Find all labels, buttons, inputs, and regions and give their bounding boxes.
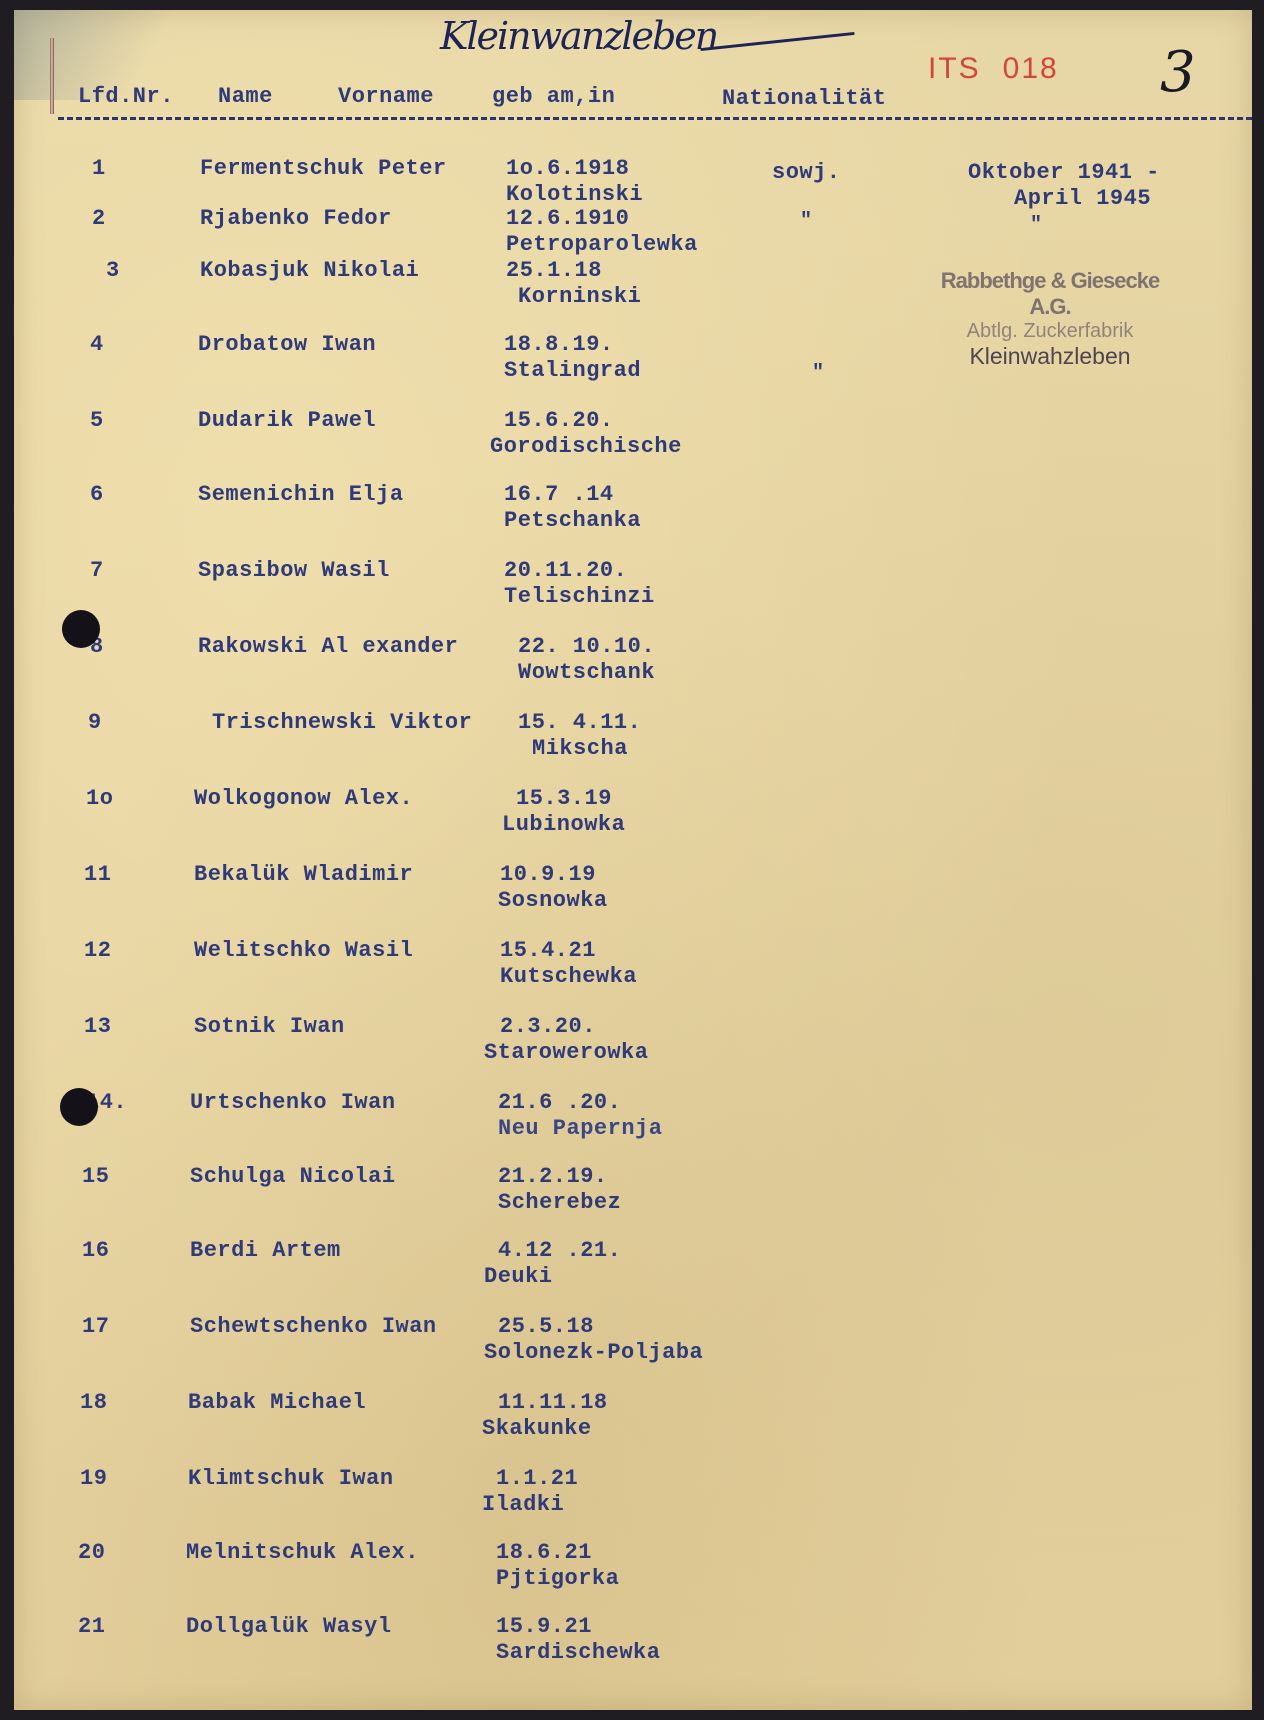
entry-birth-date: 22. 10.10.	[518, 634, 655, 659]
entry-birth-date: 25.1.18	[506, 258, 602, 283]
list-item: 16 Berdi Artem 4.12 .21. Deuki	[0, 1238, 1264, 1298]
list-item: 6 Semenichin Elja 16.7 .14 Petschanka	[0, 482, 1264, 542]
list-item: 5 Dudarik Pawel 15.6.20. Gorodischische	[0, 408, 1264, 468]
entry-birth-place: Skakunke	[482, 1416, 592, 1441]
entry-birth-place: Starowerowka	[484, 1040, 648, 1065]
entry-name: Bekalük Wladimir	[194, 862, 413, 887]
entry-birth-place: Wowtschank	[518, 660, 655, 685]
entry-birth-place: Lubinowka	[502, 812, 625, 837]
list-item: 17 Schewtschenko Iwan 25.5.18 Solonezk-P…	[0, 1314, 1264, 1374]
header-name: Name	[218, 84, 273, 109]
list-item: 4 Drobatow Iwan 18.8.19. Stalingrad	[0, 332, 1264, 392]
entry-birth-date: 15.6.20.	[504, 408, 614, 433]
entry-number: 2	[92, 206, 106, 231]
list-item: 20 Melnitschuk Alex. 18.6.21 Pjtigorka	[0, 1540, 1264, 1600]
staple	[50, 38, 54, 114]
list-item: 3 Kobasjuk Nikolai 25.1.18 Korninski	[0, 258, 1264, 318]
list-item: 14. Urtschenko Iwan 21.6 .20. Neu Papern…	[0, 1090, 1264, 1150]
entry-number: 4	[90, 332, 104, 357]
list-item: 15 Schulga Nicolai 21.2.19. Scherebez	[0, 1164, 1264, 1224]
entry-birth-date: 11.11.18	[498, 1390, 608, 1415]
entry-name: Klimtschuk Iwan	[188, 1466, 394, 1491]
entry-number: 7	[90, 558, 104, 583]
punch-hole	[60, 1088, 98, 1126]
entry-number: 17	[82, 1314, 109, 1339]
entry-name: Schewtschenko Iwan	[190, 1314, 437, 1339]
entry-number: 9	[88, 710, 102, 735]
its-archive-stamp: ITS018	[928, 52, 1059, 86]
page-number: 3	[1160, 40, 1196, 105]
entry-birth-date: 16.7 .14	[504, 482, 614, 507]
list-item: 13 Sotnik Iwan 2.3.20. Starowerowka	[0, 1014, 1264, 1074]
entry-birth-date: 20.11.20.	[504, 558, 627, 583]
entry-birth-place: Scherebez	[498, 1190, 621, 1215]
entry-birth-date: 15. 4.11.	[518, 710, 641, 735]
handwritten-title: Kleinwanzleben	[440, 14, 717, 58]
its-prefix: ITS	[928, 52, 981, 85]
entry-name: Rjabenko Fedor	[200, 206, 392, 231]
entry-birth-date: 18.6.21	[496, 1540, 592, 1565]
entry-birth-place: Solonezk-Poljaba	[484, 1340, 703, 1365]
entry-number: 18	[80, 1390, 107, 1415]
entry-birth-date: 15.9.21	[496, 1614, 592, 1639]
entry-birth-place: Sardischewka	[496, 1640, 660, 1665]
entry-birth-place: Sosnowka	[498, 888, 608, 913]
entry-birth-place: Deuki	[484, 1264, 553, 1289]
entry-number: 19	[80, 1466, 107, 1491]
list-item: 9 Trischnewski Viktor 15. 4.11. Mikscha	[0, 710, 1264, 770]
entry-birth-date: 1.1.21	[496, 1466, 578, 1491]
entry-birth-date: 10.9.19	[500, 862, 596, 887]
entry-birth-place: Telischinzi	[504, 584, 655, 609]
entry-name: Dudarik Pawel	[198, 408, 376, 433]
entry-name: Fermentschuk Peter	[200, 156, 447, 181]
entry-number: 13	[84, 1014, 111, 1039]
list-item: 19 Klimtschuk Iwan 1.1.21 Iladki	[0, 1466, 1264, 1526]
entry-name: Schulga Nicolai	[190, 1164, 396, 1189]
entry-birth-date: 2.3.20.	[500, 1014, 596, 1039]
entry-name: Welitschko Wasil	[194, 938, 413, 963]
list-item: 1o Wolkogonow Alex. 15.3.19 Lubinowka	[0, 786, 1264, 846]
punch-hole	[62, 610, 100, 648]
entry-birth-place: Stalingrad	[504, 358, 641, 383]
entry-name: Kobasjuk Nikolai	[200, 258, 419, 283]
entry-birth-place: Kutschewka	[500, 964, 637, 989]
list-item: 11 Bekalük Wladimir 10.9.19 Sosnowka	[0, 862, 1264, 922]
entry-birth-date: 12.6.1910	[506, 206, 629, 231]
list-item: 7 Spasibow Wasil 20.11.20. Telischinzi	[0, 558, 1264, 618]
header-lfd-nr: Lfd.Nr.	[78, 84, 174, 109]
header-nationalitaet: Nationalität	[722, 86, 886, 111]
list-item: 12 Welitschko Wasil 15.4.21 Kutschewka	[0, 938, 1264, 998]
entry-number: 20	[78, 1540, 105, 1565]
entry-number: 15	[82, 1164, 109, 1189]
entry-name: Drobatow Iwan	[198, 332, 376, 357]
entry-name: Urtschenko Iwan	[190, 1090, 396, 1115]
entry-birth-place: Gorodischische	[490, 434, 682, 459]
header-vorname: Vorname	[338, 84, 434, 109]
entry-birth-date: 25.5.18	[498, 1314, 594, 1339]
entry-birth-place: Iladki	[482, 1492, 564, 1517]
entry-number: 3	[106, 258, 120, 283]
entry-name: Spasibow Wasil	[198, 558, 390, 583]
entry-name: Dollgalük Wasyl	[186, 1614, 392, 1639]
entry-name: Rakowski Al exander	[198, 634, 458, 659]
entry-name: Wolkogonow Alex.	[194, 786, 413, 811]
entry-name: Semenichin Elja	[198, 482, 404, 507]
entry-birth-place: Neu Papernja	[498, 1116, 662, 1141]
entry-number: 21	[78, 1614, 105, 1639]
entry-name: Melnitschuk Alex.	[186, 1540, 419, 1565]
its-number: 018	[1003, 52, 1059, 85]
entry-birth-place: Mikscha	[532, 736, 628, 761]
entry-birth-place: Petschanka	[504, 508, 641, 533]
entry-number: 16	[82, 1238, 109, 1263]
entry-birth-place: Pjtigorka	[496, 1566, 619, 1591]
entry-number: 1	[92, 156, 106, 181]
entry-number: 11	[84, 862, 111, 887]
entry-number: 6	[90, 482, 104, 507]
entry-birth-date: 18.8.19.	[504, 332, 614, 357]
entry-number: 5	[90, 408, 104, 433]
entry-birth-place: Petroparolewka	[506, 232, 698, 257]
entry-name: Berdi Artem	[190, 1238, 341, 1263]
entry-birth-date: 4.12 .21.	[498, 1238, 621, 1263]
entry-birth-place: Kolotinski	[506, 182, 643, 207]
entry-birth-date: 15.4.21	[500, 938, 596, 963]
header-divider	[58, 117, 1252, 120]
entry-birth-date: 1o.6.1918	[506, 156, 629, 181]
list-item: 8 Rakowski Al exander 22. 10.10. Wowtsch…	[0, 634, 1264, 694]
list-item: 2 Rjabenko Fedor 12.6.1910 Petroparolewk…	[0, 206, 1264, 266]
entry-number: 12	[84, 938, 111, 963]
entry-name: Sotnik Iwan	[194, 1014, 345, 1039]
header-geb-am-in: geb am,in	[492, 84, 615, 109]
list-item: 18 Babak Michael 11.11.18 Skakunke	[0, 1390, 1264, 1450]
entry-name: Babak Michael	[188, 1390, 366, 1415]
list-item: 21 Dollgalük Wasyl 15.9.21 Sardischewka	[0, 1614, 1264, 1674]
entry-birth-date: 15.3.19	[516, 786, 612, 811]
entry-birth-place: Korninski	[518, 284, 641, 309]
entry-birth-date: 21.6 .20.	[498, 1090, 621, 1115]
entry-number: 1o	[86, 786, 113, 811]
entry-name: Trischnewski Viktor	[212, 710, 472, 735]
entry-birth-date: 21.2.19.	[498, 1164, 608, 1189]
